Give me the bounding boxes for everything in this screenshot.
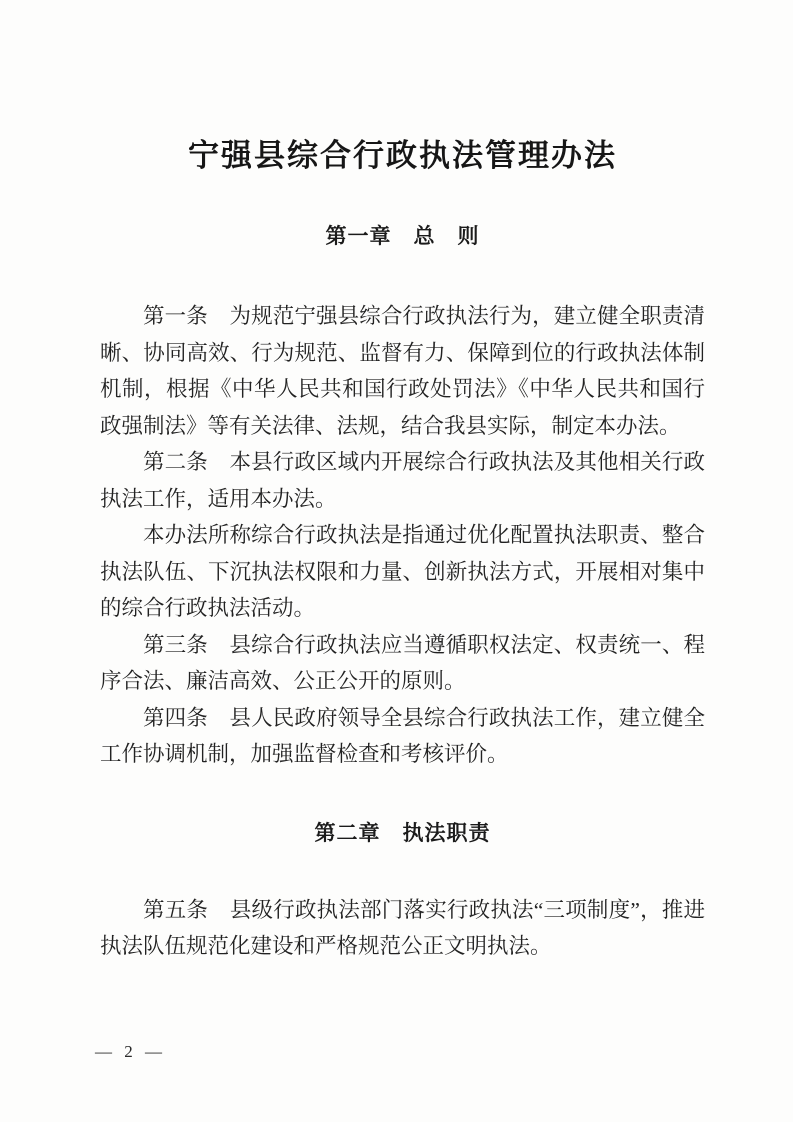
- chapter-1-heading: 第一章 总 则: [100, 224, 705, 250]
- document-page: 宁强县综合行政执法管理办法 第一章 总 则 第一条 为规范宁强县综合行政执法行为…: [0, 0, 793, 1122]
- article-1-paragraph: 第一条 为规范宁强县综合行政执法行为，建立健全职责清晰、协同高效、行为规范、监督…: [100, 298, 705, 444]
- article-2-paragraph: 第二条 本县行政区域内开展综合行政执法及其他相关行政执法工作，适用本办法。: [100, 444, 705, 517]
- article-5-paragraph: 第五条 县级行政执法部门落实行政执法“三项制度”，推进执法队伍规范化建设和严格规…: [100, 892, 705, 965]
- article-4-paragraph: 第四条 县人民政府领导全县综合行政执法工作，建立健全工作协调机制，加强监督检查和…: [100, 700, 705, 773]
- page-number: — 2 —: [95, 1042, 166, 1062]
- article-3-paragraph: 第三条 县综合行政执法应当遵循职权法定、权责统一、程序合法、廉洁高效、公正公开的…: [100, 627, 705, 700]
- document-title: 宁强县综合行政执法管理办法: [100, 0, 705, 174]
- article-2-continuation-paragraph: 本办法所称综合行政执法是指通过优化配置执法职责、整合执法队伍、下沉执法权限和力量…: [100, 517, 705, 627]
- document-content: 宁强县综合行政执法管理办法 第一章 总 则 第一条 为规范宁强县综合行政执法行为…: [0, 0, 793, 965]
- chapter-2-heading: 第二章 执法职责: [100, 821, 705, 847]
